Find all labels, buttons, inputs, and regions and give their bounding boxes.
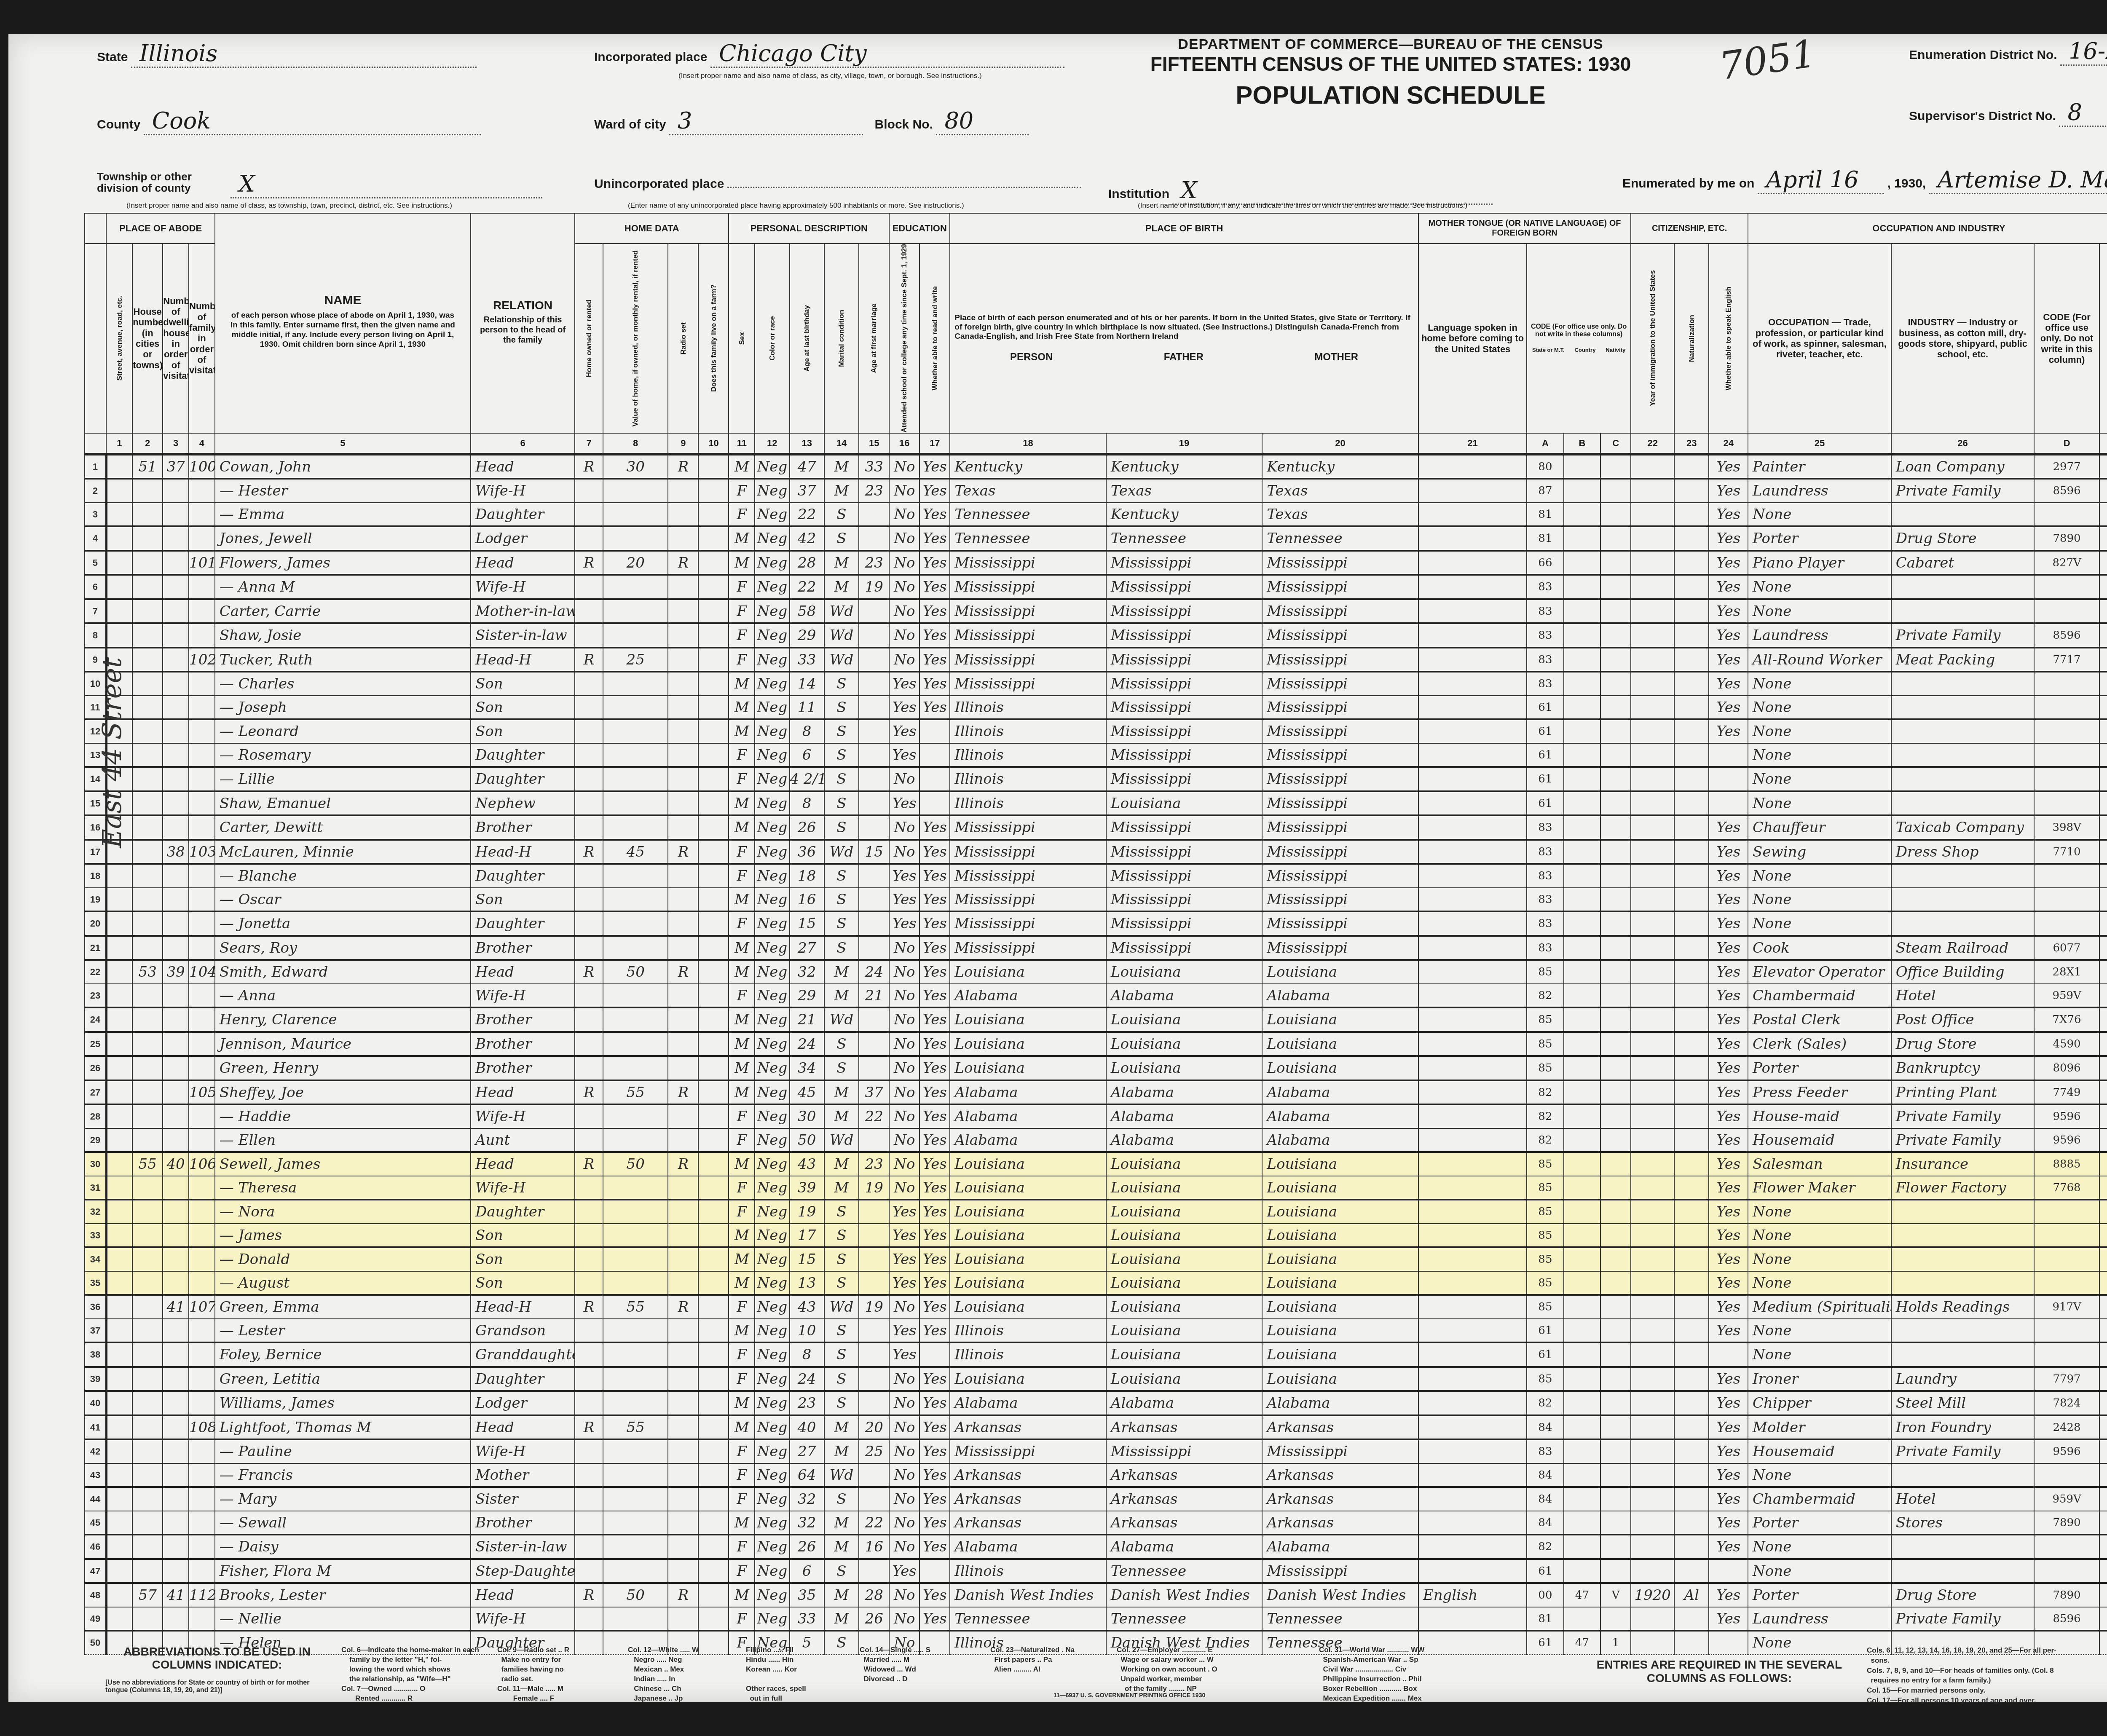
birthplace-father-cell: Texas [1106, 479, 1263, 503]
naturalization-cell [1674, 1104, 1709, 1128]
can-read-write-cell: Yes [919, 1104, 950, 1128]
census-row: 28— HaddieWife-HFNeg30M22NoYesAlabamaAla… [85, 1104, 2107, 1128]
occupation-cell: Elevator Operator [1748, 960, 1891, 984]
immigration-year-cell [1631, 1559, 1674, 1583]
code-b-cell [1564, 1342, 1600, 1367]
occupation-code-cell [2034, 791, 2099, 816]
class-of-worker-cell: W [2099, 648, 2107, 672]
age-first-marriage-cell [859, 911, 889, 936]
column-number-9: 9 [668, 433, 698, 454]
immigration-year-cell [1631, 648, 1674, 672]
class-of-worker-cell [2099, 1271, 2107, 1295]
can-read-write-cell: Yes [919, 888, 950, 912]
naturalization-cell [1674, 672, 1709, 696]
naturalization-cell [1674, 1559, 1709, 1583]
code-b-cell [1564, 767, 1600, 791]
enumeration-district-field: Enumeration District No. 16-2425 [1909, 38, 2107, 66]
col-17-read-header: Whether able to read and write [919, 244, 950, 433]
home-value-cell [603, 815, 668, 840]
code-b-cell [1564, 623, 1600, 648]
birthplace-person-cell: Mississippi [950, 815, 1106, 840]
sex-cell: M [729, 672, 755, 696]
farm-cell [698, 984, 729, 1008]
occupation-code-cell [2034, 743, 2099, 767]
code-a-cell: 82 [1527, 1128, 1563, 1152]
name-group-label: NAME [215, 293, 470, 308]
birthplace-father-cell: Louisiana [1106, 1152, 1263, 1176]
birthplace-father-cell: Mississippi [1106, 911, 1263, 936]
can-read-write-cell: Yes [919, 1391, 950, 1415]
age-cell: 11 [790, 696, 824, 720]
code-c-cell [1600, 1200, 1631, 1224]
person-name-cell: Shaw, Josie [215, 623, 471, 648]
relation-cell: Son [471, 672, 575, 696]
home-value-cell [603, 599, 668, 624]
can-read-write-cell: Yes [919, 1439, 950, 1463]
occupation-cell: None [1748, 696, 1891, 720]
column-number-15: 15 [859, 433, 889, 454]
occupation-code-cell [2034, 767, 2099, 791]
code-b-cell [1564, 1200, 1600, 1224]
code-a-cell: 81 [1527, 526, 1563, 551]
census-row: 32— NoraDaughterFNeg19SYesYesLouisianaLo… [85, 1200, 2107, 1224]
mother-tongue-cell [1418, 911, 1527, 936]
can-read-write-cell: Yes [919, 1511, 950, 1535]
relation-cell: Grandson [471, 1319, 575, 1343]
street-column-cell [106, 1367, 132, 1391]
occupation-code-cell: 959V [2034, 1487, 2099, 1511]
can-read-write-cell: Yes [919, 936, 950, 960]
dwelling-number-cell [163, 791, 189, 816]
marital-status-cell: S [824, 672, 859, 696]
code-b-cell [1564, 1152, 1600, 1176]
relation-group-label: RELATION [471, 299, 574, 312]
farm-cell [698, 791, 729, 816]
house-number-cell [132, 503, 163, 527]
census-row: 9102Tucker, RuthHead-HR25FNeg33WdNoYesMi… [85, 648, 2107, 672]
col-16-label: Attended school or college any time sinc… [900, 244, 909, 433]
immigration-year-cell: 1920 [1631, 1583, 1674, 1607]
street-column-cell [106, 599, 132, 624]
street-column-cell [106, 1342, 132, 1367]
birthplace-mother-cell: Arkansas [1262, 1463, 1418, 1487]
speaks-english-cell [1709, 1342, 1748, 1367]
birthplace-person-cell: Illinois [950, 696, 1106, 720]
farm-cell [698, 1295, 729, 1319]
code-c-cell [1600, 719, 1631, 743]
immigration-year-cell [1631, 1511, 1674, 1535]
marital-status-cell: S [824, 719, 859, 743]
farm-cell [698, 936, 729, 960]
birthplace-person-cell: Mississippi [950, 551, 1106, 575]
marital-status-cell: S [824, 1224, 859, 1248]
line-number: 48 [85, 1583, 106, 1607]
mother-tongue-cell [1418, 743, 1527, 767]
home-owned-cell: R [575, 1080, 603, 1105]
person-name-cell: Fisher, Flora M [215, 1559, 471, 1583]
column-number-19: 19 [1106, 433, 1263, 454]
speaks-english-cell: Yes [1709, 911, 1748, 936]
birthplace-person-cell: Illinois [950, 743, 1106, 767]
house-number-cell [132, 1367, 163, 1391]
birthplace-person-cell: Alabama [950, 1080, 1106, 1105]
can-read-write-cell: Yes [919, 1271, 950, 1295]
person-name-cell: Sheffey, Joe [215, 1080, 471, 1105]
race-cell: Neg [755, 696, 789, 720]
line-number: 4 [85, 526, 106, 551]
immigration-year-cell [1631, 767, 1674, 791]
age-cell: 15 [790, 911, 824, 936]
family-number-cell [189, 1535, 215, 1559]
marital-status-cell: S [824, 1200, 859, 1224]
birthplace-person-cell: Mississippi [950, 864, 1106, 888]
home-value-cell: 20 [603, 551, 668, 575]
industry-cell: Iron Foundry [1891, 1415, 2035, 1440]
class-of-worker-cell: W [2099, 526, 2107, 551]
marital-status-cell: S [824, 526, 859, 551]
age-cell: 32 [790, 1487, 824, 1511]
marital-status-cell: M [824, 1535, 859, 1559]
race-cell: Neg [755, 1104, 789, 1128]
naturalization-cell [1674, 1367, 1709, 1391]
immigration-year-cell [1631, 526, 1674, 551]
birthplace-person-cell: Illinois [950, 1319, 1106, 1343]
attended-school-cell: No [889, 767, 919, 791]
mother-tongue-cell [1418, 888, 1527, 912]
code-b-cell [1564, 672, 1600, 696]
census-title: FIFTEENTH CENSUS OF THE UNITED STATES: 1… [1146, 53, 1635, 75]
birthplace-father-cell: Louisiana [1106, 1247, 1263, 1271]
farm-cell [698, 1487, 729, 1511]
attended-school-cell: Yes [889, 1247, 919, 1271]
farm-cell [698, 1128, 729, 1152]
house-number-cell [132, 864, 163, 888]
home-owned-cell: R [575, 1415, 603, 1440]
birthplace-father-cell: Louisiana [1106, 1056, 1263, 1080]
home-owned-cell [575, 936, 603, 960]
code-c-cell [1600, 1295, 1631, 1319]
naturalization-cell [1674, 1032, 1709, 1056]
marital-status-cell: Wd [824, 840, 859, 864]
col-14-marital-header: Marital condition [824, 244, 859, 433]
farm-cell [698, 1463, 729, 1487]
occupation-cell: None [1748, 911, 1891, 936]
immigration-year-cell [1631, 1607, 1674, 1631]
occupation-cell: Porter [1748, 1056, 1891, 1080]
dwelling-number-cell [163, 503, 189, 527]
age-first-marriage-cell: 23 [859, 551, 889, 575]
industry-cell: Loan Company [1891, 454, 2035, 479]
naturalization-cell [1674, 1511, 1709, 1535]
class-of-worker-cell: W [2099, 1056, 2107, 1080]
race-cell: Neg [755, 1200, 789, 1224]
census-row: 20— JonettaDaughterFNeg15SYesYesMississi… [85, 911, 2107, 936]
occupation-code-cell: 398V [2034, 815, 2099, 840]
relation-cell: Step-Daughter [471, 1559, 575, 1583]
person-name-cell: — Daisy [215, 1535, 471, 1559]
race-cell: Neg [755, 1487, 789, 1511]
immigration-year-cell [1631, 672, 1674, 696]
birthplace-mother-cell: Mississippi [1262, 719, 1418, 743]
family-number-cell [189, 1271, 215, 1295]
relation-cell: Daughter [471, 767, 575, 791]
abbr-col-12-other: Filipino ..... Fil Hindu ...... Hin Kore… [746, 1645, 806, 1704]
immigration-year-cell [1631, 1032, 1674, 1056]
farm-cell [698, 696, 729, 720]
mother-tongue-cell [1418, 815, 1527, 840]
dwelling-number-cell [163, 1104, 189, 1128]
age-cell: 43 [790, 1295, 824, 1319]
age-cell: 16 [790, 888, 824, 912]
age-cell: 15 [790, 1247, 824, 1271]
speaks-english-cell: Yes [1709, 1535, 1748, 1559]
person-name-cell: — Francis [215, 1463, 471, 1487]
birthplace-mother-cell: Mississippi [1262, 888, 1418, 912]
farm-cell [698, 1319, 729, 1343]
marital-status-cell: S [824, 1056, 859, 1080]
relation-cell: Head-H [471, 1295, 575, 1319]
sex-cell: M [729, 1056, 755, 1080]
mother-tongue-cell [1418, 791, 1527, 816]
enumeration-year: , 1930, [1887, 177, 1926, 190]
occupation-code-cell: 8596 [2034, 623, 2099, 648]
naturalization-cell [1674, 864, 1709, 888]
house-number-cell [132, 696, 163, 720]
code-a-cell: 84 [1527, 1415, 1563, 1440]
col-8-label: Value of home, if owned, or monthly rent… [631, 250, 640, 426]
relation-cell: Granddaughter [471, 1342, 575, 1367]
birthplace-father-cell: Louisiana [1106, 1319, 1263, 1343]
radio-set-cell: R [668, 454, 698, 479]
birthplace-father-cell: Mississippi [1106, 551, 1263, 575]
class-of-worker-cell: W [2099, 1080, 2107, 1105]
home-owned-cell [575, 1342, 603, 1367]
col-10-farm-header: Does this family live on a farm? [698, 244, 729, 433]
county-value: Cook [144, 107, 481, 135]
birthplace-mother-cell: Louisiana [1262, 960, 1418, 984]
age-first-marriage-cell [859, 648, 889, 672]
abbreviations-footer: ABBREVIATIONS TO BE USED IN COLUMNS INDI… [105, 1645, 2107, 1704]
home-owned-cell [575, 984, 603, 1008]
age-first-marriage-cell [859, 503, 889, 527]
industry-cell [1891, 1247, 2035, 1271]
relation-cell: Head-H [471, 840, 575, 864]
birthplace-mother-cell: Louisiana [1262, 1007, 1418, 1032]
house-number-cell [132, 1224, 163, 1248]
race-cell: Neg [755, 1367, 789, 1391]
sex-cell: M [729, 1152, 755, 1176]
occupation-cell: None [1748, 599, 1891, 624]
speaks-english-cell: Yes [1709, 1319, 1748, 1343]
home-value-cell [603, 672, 668, 696]
code-a-cell: 83 [1527, 623, 1563, 648]
age-first-marriage-cell: 22 [859, 1511, 889, 1535]
census-row: 37— LesterGrandsonMNeg10SYesYesIllinoisL… [85, 1319, 2107, 1343]
age-cell: 32 [790, 1511, 824, 1535]
code-b-cell [1564, 1128, 1600, 1152]
code-c-cell [1600, 575, 1631, 599]
radio-set-cell [668, 1176, 698, 1200]
line-number: 39 [85, 1367, 106, 1391]
enumeration-district-label: Enumeration District No. [1909, 48, 2057, 62]
industry-cell: Flower Factory [1891, 1176, 2035, 1200]
institution-field: Institution X [1108, 177, 1493, 205]
occupation-code-cell [2034, 1559, 2099, 1583]
race-cell: Neg [755, 1056, 789, 1080]
census-row: 1738103McLauren, MinnieHead-HR45RFNeg36W… [85, 840, 2107, 864]
mother-tongue-cell [1418, 1391, 1527, 1415]
birthplace-person-cell: Mississippi [950, 1439, 1106, 1463]
attended-school-cell: Yes [889, 791, 919, 816]
marital-status-cell: S [824, 743, 859, 767]
census-row: 45— SewallBrotherMNeg32M22NoYesArkansasA… [85, 1511, 2107, 1535]
sex-cell: M [729, 791, 755, 816]
class-of-worker-cell: W [2099, 1367, 2107, 1391]
speaks-english-cell: Yes [1709, 623, 1748, 648]
naturalization-cell [1674, 1463, 1709, 1487]
house-number-cell [132, 1128, 163, 1152]
line-number-subheader [85, 244, 106, 433]
industry-cell [1891, 1319, 2035, 1343]
line-number: 30 [85, 1152, 106, 1176]
person-name-cell: Flowers, James [215, 551, 471, 575]
speaks-english-cell: Yes [1709, 672, 1748, 696]
age-first-marriage-cell: 20 [859, 1415, 889, 1440]
birth-instructions-header: Place of birth of each person enumerated… [950, 244, 1418, 433]
code-c-cell [1600, 1463, 1631, 1487]
naturalization-cell [1674, 1200, 1709, 1224]
radio-set-cell [668, 743, 698, 767]
farm-cell [698, 743, 729, 767]
group-personal-description: PERSONAL DESCRIPTION [729, 213, 889, 244]
occupation-cell: Housemaid [1748, 1128, 1891, 1152]
col-12-race-header: Color or race [755, 244, 789, 433]
race-cell: Neg [755, 1224, 789, 1248]
line-number: 6 [85, 575, 106, 599]
can-read-write-cell: Yes [919, 696, 950, 720]
race-cell: Neg [755, 743, 789, 767]
dwelling-number-cell [163, 1056, 189, 1080]
house-number-cell [132, 1535, 163, 1559]
speaks-english-cell: Yes [1709, 1200, 1748, 1224]
can-read-write-cell: Yes [919, 840, 950, 864]
age-cell: 22 [790, 503, 824, 527]
code-b-cell [1564, 648, 1600, 672]
industry-cell: Hotel [1891, 984, 2035, 1008]
code-a-cell: 85 [1527, 1007, 1563, 1032]
speaks-english-cell: Yes [1709, 960, 1748, 984]
family-number-cell: 103 [189, 840, 215, 864]
can-read-write-cell: Yes [919, 648, 950, 672]
farm-cell [698, 911, 729, 936]
farm-cell [698, 1176, 729, 1200]
column-number-16: 16 [889, 433, 919, 454]
attended-school-cell: No [889, 1535, 919, 1559]
code-b-cell [1564, 503, 1600, 527]
attended-school-cell: No [889, 1152, 919, 1176]
speaks-english-cell: Yes [1709, 1176, 1748, 1200]
can-read-write-cell: Yes [919, 526, 950, 551]
birthplace-father-cell: Louisiana [1106, 1032, 1263, 1056]
naturalization-cell [1674, 1391, 1709, 1415]
home-owned-cell [575, 864, 603, 888]
dwelling-number-cell [163, 1342, 189, 1367]
occupation-code-cell [2034, 575, 2099, 599]
speaks-english-cell: Yes [1709, 1271, 1748, 1295]
township-instructions: (Insert proper name and also name of cla… [126, 201, 452, 210]
code-a-cell: 61 [1527, 1319, 1563, 1343]
attended-school-cell: Yes [889, 696, 919, 720]
marital-status-cell: M [824, 454, 859, 479]
family-number-cell [189, 672, 215, 696]
farm-cell [698, 1200, 729, 1224]
column-number-22: 22 [1631, 433, 1674, 454]
race-cell: Neg [755, 672, 789, 696]
speaks-english-cell: Yes [1709, 1487, 1748, 1511]
age-cell: 29 [790, 984, 824, 1008]
house-number-cell [132, 1342, 163, 1367]
occupation-code-cell [2034, 1463, 2099, 1487]
naturalization-cell [1674, 1007, 1709, 1032]
group-mother-tongue: MOTHER TONGUE (OR NATIVE LANGUAGE) OF FO… [1418, 213, 1631, 244]
mother-tongue-cell [1418, 1056, 1527, 1080]
sex-cell: F [729, 1104, 755, 1128]
sex-cell: M [729, 551, 755, 575]
mother-tongue-cell [1418, 648, 1527, 672]
age-first-marriage-cell [859, 1128, 889, 1152]
birthplace-person-cell: Louisiana [950, 1152, 1106, 1176]
attended-school-cell: No [889, 575, 919, 599]
mother-tongue-cell [1418, 454, 1527, 479]
speaks-english-cell: Yes [1709, 864, 1748, 888]
naturalization-cell [1674, 888, 1709, 912]
county-label: County [97, 118, 140, 131]
radio-set-cell [668, 599, 698, 624]
code-b-cell [1564, 1391, 1600, 1415]
dwelling-number-cell: 40 [163, 1152, 189, 1176]
state-field: State Illinois [97, 40, 477, 68]
code-a-cell: 85 [1527, 1271, 1563, 1295]
farm-cell [698, 1391, 729, 1415]
naturalization-cell [1674, 1319, 1709, 1343]
form-title-block: Form 15-6 DEPARTMENT OF COMMERCE—BUREAU … [1146, 25, 1635, 110]
birthplace-person-cell: Mississippi [950, 599, 1106, 624]
occupation-code-cell [2034, 503, 2099, 527]
code-c-cell [1600, 503, 1631, 527]
dwelling-number-cell: 39 [163, 960, 189, 984]
speaks-english-cell: Yes [1709, 888, 1748, 912]
birthplace-father-cell: Alabama [1106, 984, 1263, 1008]
street-column-cell [106, 503, 132, 527]
radio-set-cell [668, 623, 698, 648]
attended-school-cell: Yes [889, 1342, 919, 1367]
birthplace-father-cell: Louisiana [1106, 1224, 1263, 1248]
code-c-cell [1600, 1056, 1631, 1080]
industry-cell: Private Family [1891, 1104, 2035, 1128]
person-name-cell: — Anna [215, 984, 471, 1008]
marital-status-cell: S [824, 911, 859, 936]
occupation-cell: Clerk (Sales) [1748, 1032, 1891, 1056]
house-number-cell: 51 [132, 454, 163, 479]
naturalization-cell [1674, 1487, 1709, 1511]
family-number-cell [189, 1391, 215, 1415]
sex-cell: F [729, 623, 755, 648]
age-cell: 27 [790, 936, 824, 960]
mother-tongue-cell [1418, 1607, 1527, 1631]
can-read-write-cell: Yes [919, 911, 950, 936]
population-schedule-table: PLACE OF ABODE NAME of each person whose… [84, 213, 2107, 1655]
naturalization-cell [1674, 454, 1709, 479]
